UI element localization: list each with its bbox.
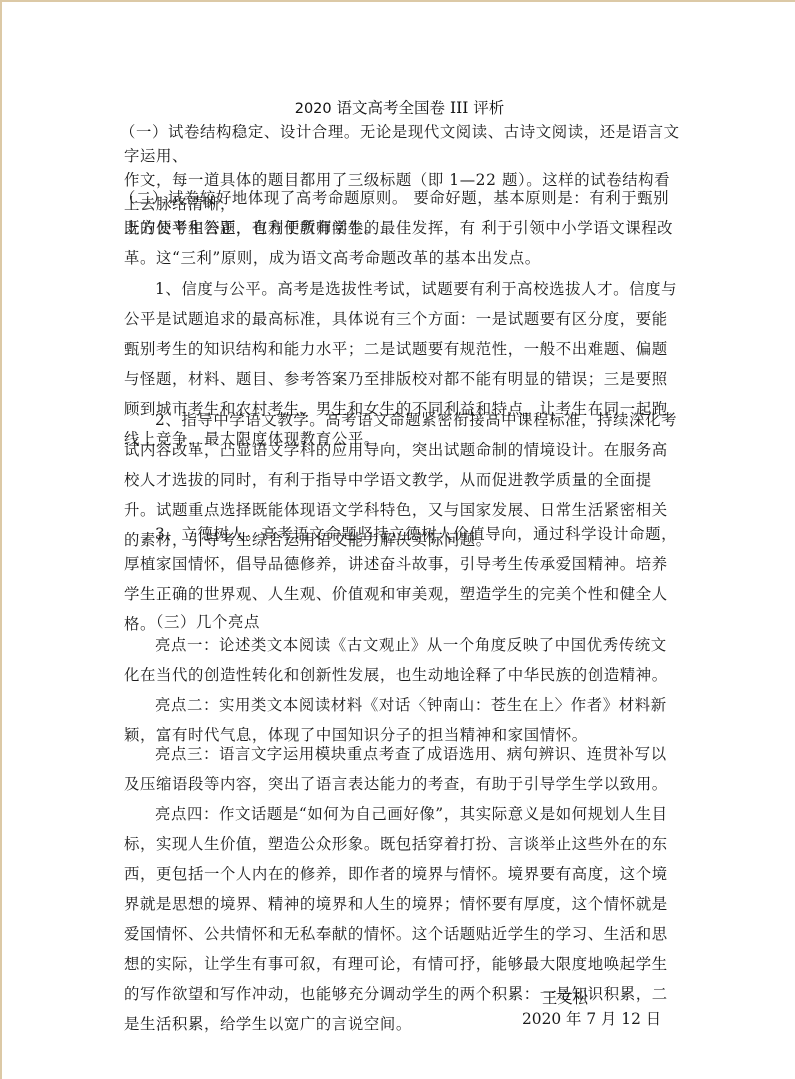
section-2: （二）试卷较好地体现了高考命题原则。 要命好题，基本原则是：有利于甄别上的公平和…	[124, 183, 680, 273]
document-page: 2020 语文高考全国卷 III 评析 （一）试卷结构稳定、设计合理。无论是现代…	[0, 0, 795, 1079]
highlight-paragraph: 亮点三：语言文字运用模块重点考查了成语选用、病句辨识、连贯补写以及压缩语段等内容…	[124, 739, 680, 799]
section-1-line: （一）试卷结构稳定、设计合理。无论是现代文阅读、古诗文阅读，还是语言文字运用、	[124, 120, 680, 168]
title-text: 语文高考全国卷 III 评析	[332, 99, 505, 117]
author-signature: 王文松	[542, 988, 588, 1008]
title-year: 2020	[295, 101, 332, 117]
highlight-4: 亮点四：作文话题是“如何为自己画好像”，其实际意义是如何规划人生目标，实现人生价…	[124, 799, 680, 1039]
highlight-paragraph: 亮点一：论述类文本阅读《古文观止》从一个角度反映了中国优秀传统文化在当代的创造性…	[124, 630, 680, 690]
highlight-1: 亮点一：论述类文本阅读《古文观止》从一个角度反映了中国优秀传统文化在当代的创造性…	[124, 630, 680, 690]
highlight-3: 亮点三：语言文字运用模块重点考查了成语选用、病句辨识、连贯补写以及压缩语段等内容…	[124, 739, 680, 799]
section-2-paragraph: （二）试卷较好地体现了高考命题原则。 要命好题，基本原则是：有利于甄别上的公平和…	[124, 183, 680, 273]
highlight-paragraph: 亮点四：作文话题是“如何为自己画好像”，其实际意义是如何规划人生目标，实现人生价…	[124, 799, 680, 1039]
document-title: 2020 语文高考全国卷 III 评析	[2, 98, 795, 119]
signature-date: 2020 年 7 月 12 日	[522, 1009, 661, 1029]
